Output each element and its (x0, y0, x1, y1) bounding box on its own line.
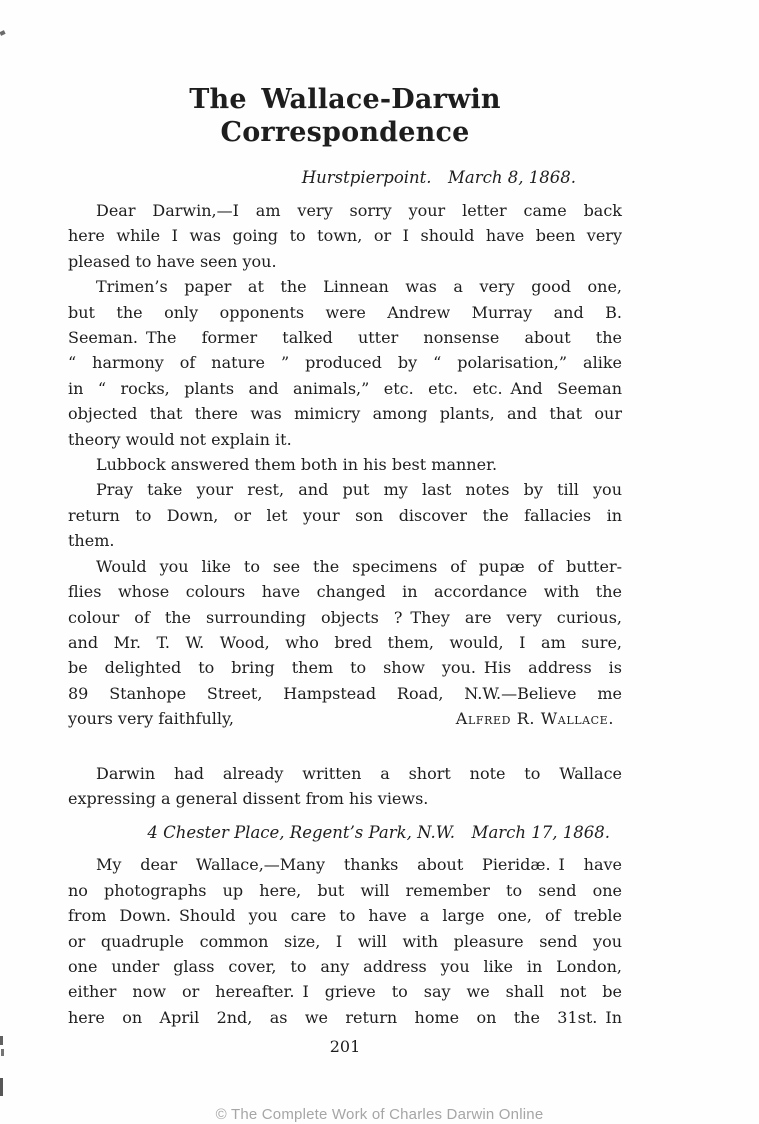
text-line: pleased to have seen you. (68, 249, 622, 274)
text-line: Darwin had already written a short note … (68, 761, 622, 786)
text-line: “ harmony of nature ” produced by “ pola… (68, 350, 622, 375)
text-line: Pray take your rest, and put my last not… (68, 477, 622, 502)
letter2-dateline: 4 Chester Place, Regent’s Park, N.W. Mar… (68, 820, 622, 846)
page-number: 201 (68, 1035, 622, 1059)
scan-artifact (0, 1036, 3, 1045)
watermark-footer: © The Complete Work of Charles Darwin On… (0, 1106, 759, 1123)
text-line: My dear Wallace,—Many thanks about Pieri… (68, 852, 622, 877)
editorial-note: Darwin had already written a short note … (68, 761, 622, 812)
text-line: Would you like to see the specimens of p… (68, 554, 622, 579)
text-line: colour of the surrounding objects ? They… (68, 605, 622, 630)
letter1-paragraph-4: Pray take your rest, and put my last not… (68, 477, 622, 553)
text-column: The Wallace-Darwin Correspondence Hurstp… (68, 83, 622, 1059)
text-line: theory would not explain it. (68, 427, 622, 452)
letter1-paragraph-2: Trimen’s paper at the Linnean was a very… (68, 274, 622, 452)
letter1-dateline: Hurstpierpoint. March 8, 1868. (68, 165, 622, 191)
letter2-paragraph-1: My dear Wallace,—Many thanks about Pieri… (68, 852, 622, 1030)
text-line: Dear Darwin,—I am very sorry your letter… (68, 198, 622, 223)
text-line: and Mr. T. W. Wood, who bred them, would… (68, 630, 622, 655)
text-line: no photographs up here, but will remembe… (68, 878, 622, 903)
letter1-paragraph-5: Would you like to see the specimens of p… (68, 554, 622, 706)
page-title: The Wallace-Darwin Correspondence (68, 83, 622, 149)
text-line: one under glass cover, to any address yo… (68, 954, 622, 979)
letter-closing-row: yours very faithfully, Alfred R. Wallace… (68, 706, 622, 731)
text-line: 89 Stanhope Street, Hampstead Road, N.W.… (68, 681, 622, 706)
letter-signature: Alfred R. Wallace. (456, 706, 622, 731)
letter-closing: yours very faithfully, (68, 706, 234, 731)
text-line: objected that there was mimicry among pl… (68, 401, 622, 426)
scan-artifact (1, 1049, 4, 1056)
text-line: Seeman. The former talked utter nonsense… (68, 325, 622, 350)
text-line: either now or hereafter. I grieve to say… (68, 979, 622, 1004)
text-line: here on April 2nd, as we return home on … (68, 1005, 622, 1030)
letter1-paragraph-1: Dear Darwin,—I am very sorry your letter… (68, 198, 622, 274)
text-line: flies whose colours have changed in acco… (68, 579, 622, 604)
text-line: in “ rocks, plants and animals,” etc. et… (68, 376, 622, 401)
text-line: expressing a general dissent from his vi… (68, 786, 622, 811)
text-line: Lubbock answered them both in his best m… (68, 452, 622, 477)
text-line: return to Down, or let your son discover… (68, 503, 622, 528)
scan-artifact (0, 30, 6, 36)
text-line: but the only opponents were Andrew Murra… (68, 300, 622, 325)
text-line: Trimen’s paper at the Linnean was a very… (68, 274, 622, 299)
letter1-paragraph-3: Lubbock answered them both in his best m… (68, 452, 622, 477)
text-line: from Down. Should you care to have a lar… (68, 903, 622, 928)
text-line: or quadruple common size, I will with pl… (68, 929, 622, 954)
scan-artifact (0, 1078, 3, 1096)
book-page: The Wallace-Darwin Correspondence Hurstp… (0, 0, 759, 1124)
text-line: here while I was going to town, or I sho… (68, 223, 622, 248)
text-line: be delighted to bring them to show you. … (68, 655, 622, 680)
text-line: them. (68, 528, 622, 553)
